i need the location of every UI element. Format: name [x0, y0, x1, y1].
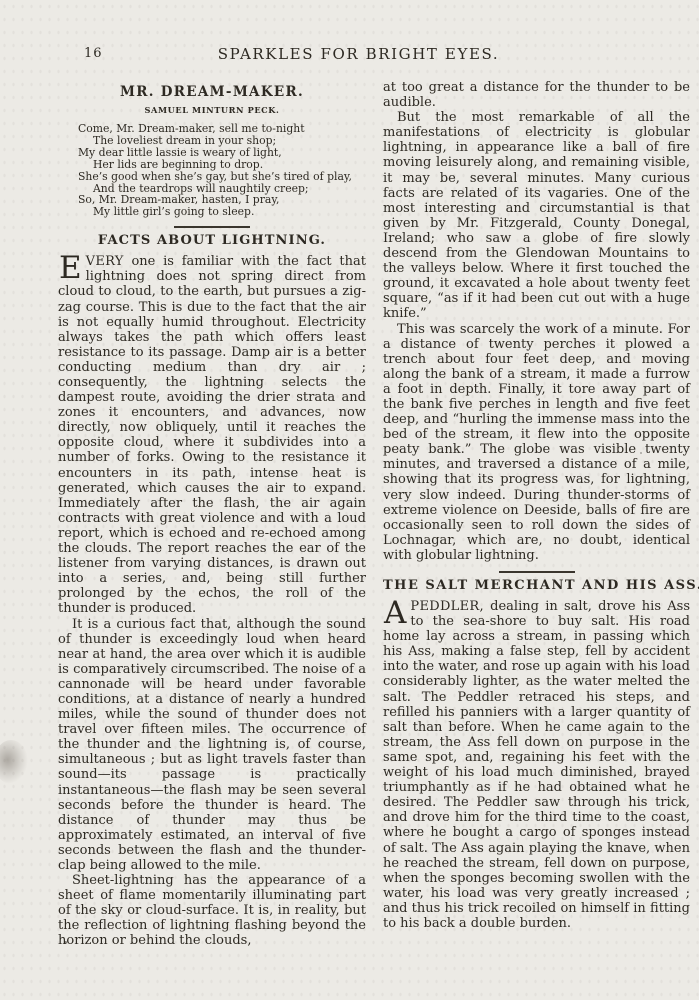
- scan-speck: [640, 452, 642, 454]
- poem-author: SAMUEL MINTURN PECK.: [58, 105, 366, 115]
- paragraph-lightning-2: It is a curious fact that, although the …: [58, 617, 366, 874]
- poem: Come, Mr. Dream-maker, sell me to-night …: [58, 123, 366, 218]
- right-column: at too great a distance for the thunder …: [383, 80, 690, 931]
- drop-cap: A: [383, 599, 410, 628]
- poem-title: MR. DREAM-MAKER.: [58, 84, 366, 100]
- section-divider: [174, 226, 250, 228]
- first-word: PEDDLER,: [410, 599, 484, 614]
- paragraph-lightning-3: Sheet-lightning has the appearance of a …: [58, 873, 366, 948]
- article-title-lightning: FACTS ABOUT LIGHTNING.: [58, 233, 366, 248]
- running-head: 16 SPARKLES FOR BRIGHT EYES.: [0, 45, 699, 65]
- paragraph-lightning-3-continued: at too great a distance for the thunder …: [383, 80, 690, 110]
- poem-line: My dear little lassie is weary of light,: [78, 147, 366, 159]
- paragraph-text: dealing in salt, drove his Ass to the se…: [383, 599, 690, 931]
- poem-line: My little girl’s going to sleep.: [78, 206, 366, 218]
- scanned-book-page: 16 SPARKLES FOR BRIGHT EYES. MR. DREAM-M…: [0, 0, 699, 1000]
- paragraph-text: one is familiar with the fact that light…: [58, 254, 366, 616]
- paragraph-lightning-5: This was scarcely the work of a minute. …: [383, 322, 690, 564]
- poem-line: She’s good when she’s gay, but she’s tir…: [78, 171, 366, 183]
- article-title-salt: THE SALT MERCHANT AND HIS ASS.: [383, 578, 690, 593]
- paragraph-lightning-4: But the most remarkable of all the manif…: [383, 110, 690, 321]
- section-divider: [499, 571, 575, 573]
- paragraph-salt-1: APEDDLER, dealing in salt, drove his Ass…: [383, 599, 690, 931]
- poem-line: Her lids are beginning to drop.: [78, 159, 366, 171]
- first-word: VERY: [86, 254, 124, 269]
- scan-speck: [64, 941, 67, 944]
- scan-smudge: [0, 740, 28, 784]
- paragraph-lightning-1: EVERY one is familiar with the fact that…: [58, 254, 366, 616]
- drop-cap: E: [58, 254, 86, 283]
- running-title: SPARKLES FOR BRIGHT EYES.: [0, 45, 699, 63]
- left-column: MR. DREAM-MAKER. SAMUEL MINTURN PECK. Co…: [58, 80, 366, 949]
